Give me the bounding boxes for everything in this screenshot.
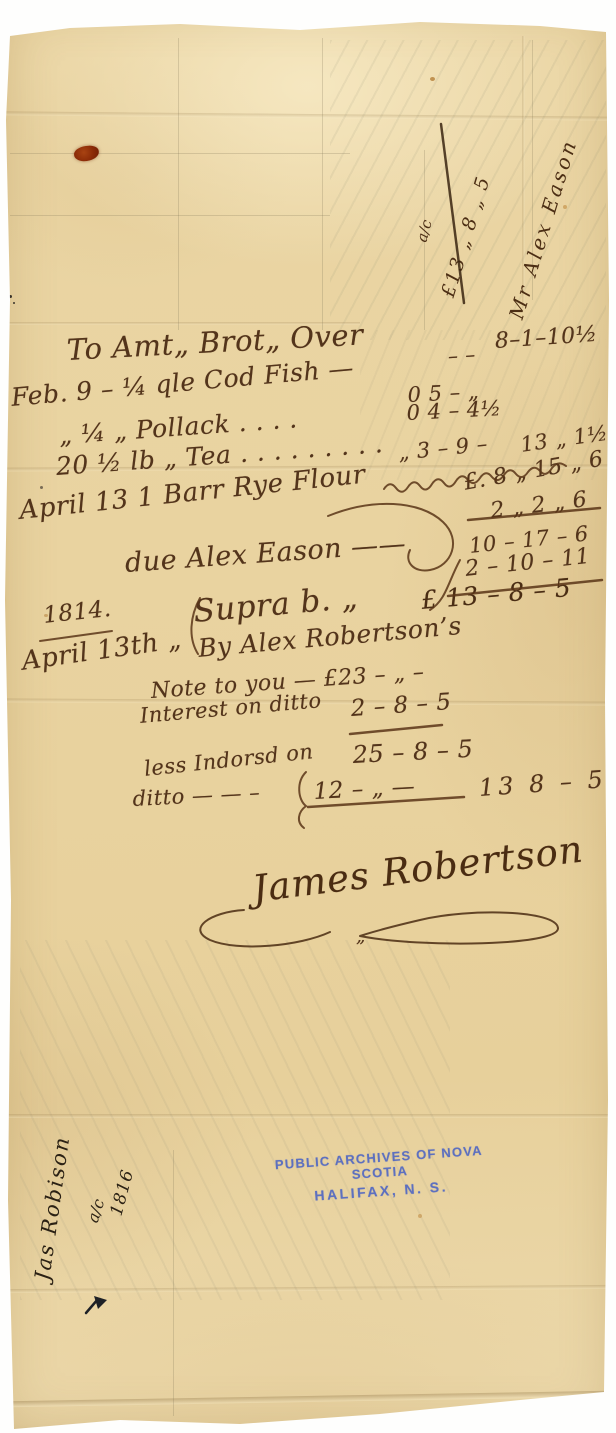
docket-year: 1816 bbox=[107, 1167, 139, 1218]
signature-ditto-mark: „ bbox=[356, 926, 366, 947]
docket-name: Jas Robison bbox=[30, 1134, 74, 1282]
supra-subtotal: 25 – 8 – 5 bbox=[352, 735, 474, 769]
less-indorsed-line2: ditto — — – bbox=[132, 780, 261, 811]
balance-amount: 13 8 – 5 bbox=[478, 765, 608, 802]
ink-speck bbox=[13, 302, 15, 304]
ink-speck bbox=[9, 295, 12, 298]
brought-over-amount: 8–1–10½ bbox=[494, 322, 598, 354]
foxing-spot bbox=[418, 1214, 422, 1218]
archival-document-scan: Mr Alex Eason £13 „ 8 „ 5 a/c To Amt„ Br… bbox=[0, 0, 616, 1433]
less-indorsed-line1: less Indorsd on bbox=[143, 739, 314, 781]
fold-crease bbox=[0, 1114, 616, 1118]
docket-account-abbrev: a/c bbox=[413, 218, 436, 244]
archive-stamp: PUBLIC ARCHIVES OF NOVA SCOTIA HALIFAX, … bbox=[245, 1141, 516, 1209]
faint-column-rule bbox=[173, 1150, 174, 1416]
foxing-spot bbox=[563, 205, 567, 209]
supra-date: April 13th „ bbox=[20, 625, 183, 677]
faint-row-rule bbox=[10, 215, 330, 216]
red-wax-stain bbox=[73, 144, 100, 162]
entry-codfish: Feb. 9 – ¼ qle Cod Fish — bbox=[10, 353, 355, 412]
foxing-spot bbox=[430, 77, 435, 81]
faint-column-rule bbox=[178, 38, 179, 330]
signature-flourish-left bbox=[200, 910, 330, 946]
flour-amount: 2 „ 2 „ 6 bbox=[489, 487, 589, 524]
fold-crease bbox=[0, 1285, 616, 1293]
brought-over-dashes: – – bbox=[447, 342, 476, 368]
signature-james-robertson: James Robertson bbox=[250, 827, 586, 910]
underline bbox=[350, 725, 442, 734]
supra-interest-amount: 2 – 8 – 5 bbox=[350, 689, 452, 722]
fold-crease bbox=[0, 1391, 616, 1408]
faint-row-rule bbox=[10, 153, 350, 154]
docket-ac: a/c bbox=[83, 1196, 108, 1225]
less-indorsed-amount: 12 – „ — bbox=[313, 774, 416, 805]
entry-tea-amount: „ 3 – 9 – bbox=[397, 432, 489, 465]
docket-amount: £13 „ 8 „ 5 bbox=[437, 173, 495, 300]
ink-speck bbox=[40, 486, 43, 489]
ink-blot bbox=[86, 1296, 107, 1313]
docket-addressee: Mr Alex Eason bbox=[504, 136, 582, 322]
brace-swash bbox=[299, 772, 306, 828]
signature-flourish-right bbox=[360, 912, 558, 943]
ink-bleedthrough bbox=[20, 940, 450, 1300]
account-total: £ 13 – 8 – 5 bbox=[420, 573, 572, 615]
supra-year: 1814. bbox=[42, 596, 113, 629]
entry-pollack-amount: 0 4 – 4½ bbox=[406, 396, 502, 425]
faint-column-rule bbox=[322, 38, 323, 330]
due-line: due Alex Eason —— bbox=[124, 528, 407, 579]
paper-sheet: Mr Alex Eason £13 „ 8 „ 5 a/c To Amt„ Br… bbox=[0, 0, 616, 1433]
